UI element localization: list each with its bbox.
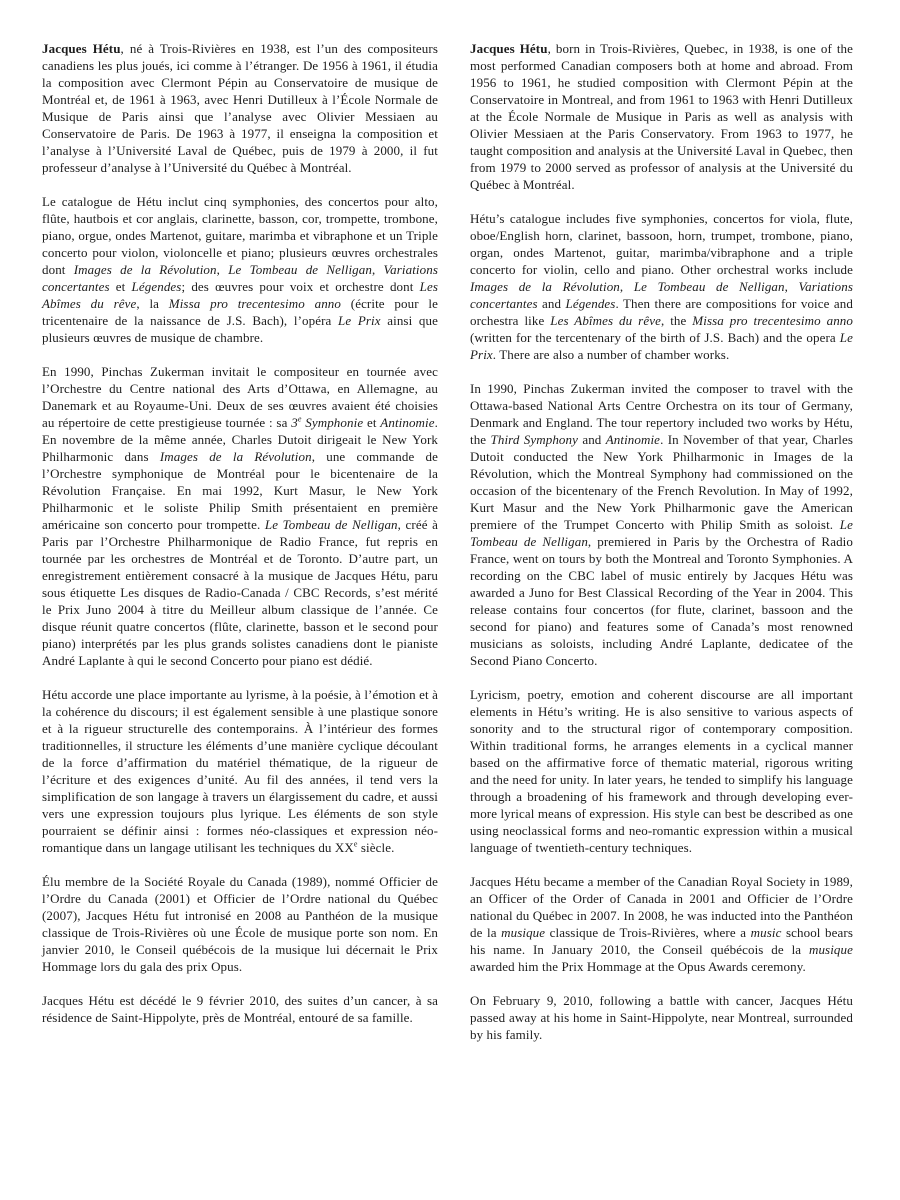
text-run: (written for the tercentenary of the bir… <box>470 330 840 345</box>
text-run: Légendes <box>132 279 182 294</box>
text-run: Le Tombeau de Nelligan <box>634 279 785 294</box>
text-run: Lyricism, poetry, emotion and coherent d… <box>470 687 853 855</box>
text-run: classique de Trois-Rivières, where a <box>545 925 750 940</box>
text-run: Missa pro trecentesimo anno <box>169 296 341 311</box>
paragraph: Élu membre de la Société Royale du Canad… <box>42 873 438 975</box>
paragraph: Jacques Hétu, né à Trois-Rivières en 193… <box>42 40 438 176</box>
text-run: Les Abîmes du rêve <box>550 313 661 328</box>
text-run: awarded him the Prix Hommage at the Opus… <box>470 959 806 974</box>
text-run: Le Tombeau de Nelligan <box>228 262 372 277</box>
text-run: . In November of that year, Charles Duto… <box>470 432 853 532</box>
french-biography-column: Jacques Hétu, né à Trois-Rivières en 193… <box>42 40 438 1026</box>
text-run: , créé à Paris par l’Orchestre Philharmo… <box>42 517 438 668</box>
text-run: Hétu’s catalogue includes five symphonie… <box>470 211 853 277</box>
text-run: 3 <box>291 415 298 430</box>
paragraph: In 1990, Pinchas Zukerman invited the co… <box>470 380 853 669</box>
text-run: Antinomie <box>380 415 434 430</box>
text-run: Jacques Hétu est décédé le 9 février 201… <box>42 993 438 1025</box>
text-run: Le Tombeau de Nelligan <box>265 517 398 532</box>
text-run: , born in Trois-Rivières, Quebec, in 193… <box>470 41 853 192</box>
text-run: Missa pro trecentesimo anno <box>692 313 853 328</box>
paragraph: Hétu’s catalogue includes five symphonie… <box>470 210 853 363</box>
text-run: Élu membre de la Société Royale du Canad… <box>42 874 438 974</box>
text-run: Third Symphony <box>491 432 578 447</box>
paragraph: Lyricism, poetry, emotion and coherent d… <box>470 686 853 856</box>
paragraph: En 1990, Pinchas Zukerman invitait le co… <box>42 363 438 669</box>
text-run: musique <box>501 925 545 940</box>
text-run: siècle. <box>358 840 395 855</box>
document-page: Jacques Hétu, né à Trois-Rivières en 193… <box>0 0 900 1200</box>
text-run: , la <box>136 296 168 311</box>
text-run: Images de la Révolution <box>74 262 217 277</box>
text-run: et <box>110 279 132 294</box>
text-run: , né à Trois-Rivières en 1938, est l’un … <box>42 41 438 175</box>
text-run: Images de la Révolution <box>470 279 620 294</box>
paragraph: Jacques Hétu, born in Trois-Rivières, Qu… <box>470 40 853 193</box>
text-run: On February 9, 2010, following a battle … <box>470 993 853 1042</box>
paragraph: Hétu accorde une place importante au lyr… <box>42 686 438 856</box>
text-run: Symphonie <box>302 415 364 430</box>
text-run: et <box>363 415 380 430</box>
text-run: and <box>578 432 606 447</box>
text-run: , <box>217 262 229 277</box>
text-run: music <box>751 925 782 940</box>
text-run: Jacques Hétu <box>470 41 548 56</box>
text-run: , premiered in Paris by the Orchestra of… <box>470 534 853 668</box>
text-run: . There are also a number of chamber wor… <box>493 347 730 362</box>
text-run: , <box>372 262 384 277</box>
text-run: musique <box>809 942 853 957</box>
text-run: Le Prix <box>338 313 381 328</box>
text-run: Jacques Hétu <box>42 41 121 56</box>
text-run: , <box>620 279 634 294</box>
text-run: Antinomie <box>606 432 660 447</box>
paragraph: Le catalogue de Hétu inclut cinq symphon… <box>42 193 438 346</box>
text-run: and <box>538 296 566 311</box>
text-run: ; des œuvres pour voix et orchestre dont <box>181 279 419 294</box>
text-run: , <box>785 279 799 294</box>
paragraph: Jacques Hétu became a member of the Cana… <box>470 873 853 975</box>
paragraph: Jacques Hétu est décédé le 9 février 201… <box>42 992 438 1026</box>
text-run: Légendes <box>566 296 616 311</box>
text-run: , the <box>661 313 692 328</box>
english-biography-column: Jacques Hétu, born in Trois-Rivières, Qu… <box>470 40 853 1043</box>
text-run: Hétu accorde une place importante au lyr… <box>42 687 438 855</box>
text-run: Images de la Révolution <box>160 449 312 464</box>
paragraph: On February 9, 2010, following a battle … <box>470 992 853 1043</box>
